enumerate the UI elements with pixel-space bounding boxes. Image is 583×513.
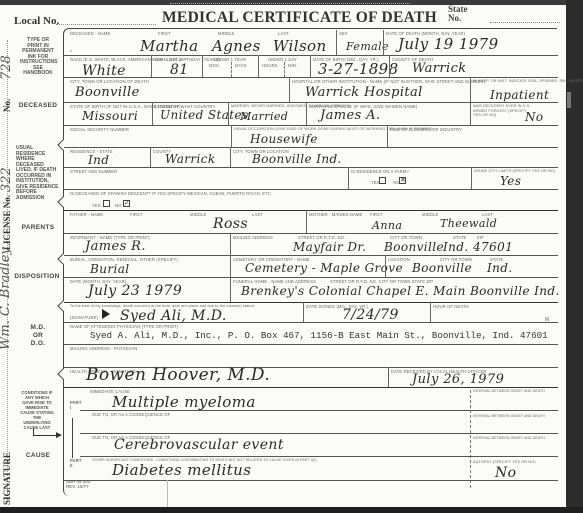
spanish-yes-label: YES: [92, 203, 101, 208]
citizen-value: United States: [160, 108, 249, 122]
hospital-label: HOSPITAL OR OTHER INSTITUTION - Name (If…: [292, 79, 485, 84]
no-value: 728: [0, 55, 14, 80]
row-line: [64, 167, 558, 168]
attending-physician-label: NAME OF ATTENDING PHYSICIAN (Type or Pri…: [70, 324, 178, 329]
license-value: 322: [0, 167, 14, 192]
divider: [230, 233, 231, 255]
mailing-label: MAILING ADDRESS: [233, 235, 273, 240]
location-label: LOCATION: [388, 257, 410, 262]
divider: [230, 147, 231, 167]
under-1-day-hours: HOURS: [262, 63, 278, 68]
occupation-value: Housewife: [250, 132, 318, 146]
attending-physician-value: Syed A. Ali, M.D., Inc., P. O. Box 467, …: [90, 330, 548, 341]
row-line: [64, 77, 558, 78]
row-line: [64, 189, 558, 190]
divider: [385, 255, 386, 277]
name-middle-label: MIDDLE: [218, 31, 234, 36]
farm-no-checkbox[interactable]: ✕: [399, 177, 406, 184]
city-limits-label: INSIDE CITY LIMITS (Specify Yes or No): [474, 169, 555, 173]
location-value: Boonville: [412, 261, 472, 275]
mailing-city-value: Boonville: [384, 240, 444, 254]
row-line: [64, 480, 558, 481]
name-last-label: LAST: [278, 31, 289, 36]
scroll-notch[interactable]: [567, 92, 571, 108]
license-label: LICENSE No.: [2, 195, 12, 250]
divider: [306, 102, 307, 125]
res-county-value: Warrick: [165, 152, 216, 166]
signature-arrow-icon: [102, 309, 110, 319]
cause-a-value: Multiple myeloma: [112, 393, 256, 411]
cemetery-value: Cemetery - Maple Grove: [245, 261, 403, 275]
divider: [306, 210, 307, 233]
type-instructions: TYPE OR PRINT IN PERMANENT INK FOR INSTR…: [20, 38, 56, 77]
form-code: SBH 06 003 REV. 10/77: [66, 479, 90, 489]
divider: [471, 167, 472, 189]
divider: [228, 102, 229, 125]
farm-yes-checkbox[interactable]: [379, 177, 386, 184]
divider: [303, 302, 304, 322]
under-1-day-min: MIN.: [288, 63, 297, 68]
divider: [389, 55, 390, 77]
spanish-no-label: NO: [115, 203, 121, 208]
street-label: STREET AND NUMBER: [70, 169, 117, 174]
armed-forces-label: WAS DECEDENT EVER IN U.S. ARMED FORCES? …: [473, 104, 533, 118]
part-1-label: PART I: [70, 400, 82, 410]
bracket: [72, 418, 73, 458]
autopsy-label: AUTOPSY (Specify Yes or No): [473, 460, 536, 464]
funeral-home-value: Brenkey's Colonial Chapel E. Main Boonvi…: [241, 284, 560, 298]
divider: [202, 55, 203, 77]
part-2-label: PART II: [70, 458, 82, 468]
disposition-value: Burial: [90, 262, 130, 276]
name-first-label: FIRST: [158, 31, 171, 36]
viewer-right-edge: [566, 0, 583, 513]
divider: [387, 125, 388, 147]
hour-of-death-label: HOUR OF DEATH: [433, 304, 469, 309]
county-of-death-value: Warrick: [412, 61, 467, 76]
spanish-label: IS DECEASED OF SPANISH DESCENT? IF YES S…: [70, 191, 272, 196]
name-label: DECEASED - NAME: [70, 31, 110, 36]
cause-section-label: CAUSE: [18, 452, 58, 459]
father-label: FATHER - NAME: [70, 212, 103, 217]
mother-last-value: Theewald: [440, 217, 497, 230]
under-1-year-mos: MOS.: [209, 63, 220, 68]
divider: [336, 30, 337, 55]
divider: [348, 167, 349, 189]
name-last-value: Wilson: [273, 37, 327, 55]
part-2-value: Diabetes mellitus: [112, 461, 251, 479]
industry-label: KIND OF BUSINESS OR INDUSTRY: [390, 127, 462, 132]
divider: [383, 30, 384, 55]
field-number: 1: [70, 48, 72, 53]
sex-label: SEX: [339, 31, 348, 36]
mailing-state-value: Ind.: [443, 240, 469, 254]
father-middle-label: MIDDLE: [190, 212, 206, 217]
autopsy-value: No: [495, 465, 516, 481]
age-value: 81: [170, 62, 189, 78]
spanish-yes-checkbox[interactable]: [103, 200, 110, 207]
document-title: MEDICAL CERTIFICATE OF DEATH: [162, 9, 437, 27]
divider: [289, 77, 290, 102]
row-line: [64, 387, 558, 388]
local-no-label: Local No.: [14, 15, 59, 27]
deceased-section-label: DECEASED: [16, 102, 60, 109]
ssn-label: SOCIAL SECURITY NUMBER: [70, 127, 129, 132]
row-line: [64, 255, 558, 256]
divider: [284, 62, 285, 77]
date-signed-value: 7/24/79: [342, 307, 399, 323]
city-of-death-label: CITY, TOWN OR LOCATION OF DEATH: [70, 79, 149, 84]
row-line: [80, 433, 558, 434]
interval-divider: [470, 390, 471, 488]
armed-forces-value: No: [525, 110, 544, 124]
row-line: [64, 102, 558, 103]
md-do-section-label: M.D. OR D.O.: [20, 324, 56, 348]
header-banner: [170, 0, 410, 4]
row-line: [64, 210, 558, 211]
fold-line: [167, 480, 168, 507]
divider: [388, 367, 389, 387]
divider: [152, 102, 153, 125]
father-name-value: Ross: [213, 216, 248, 232]
name-first-value: Martha: [140, 37, 199, 55]
row-line: [64, 322, 558, 323]
disposition-section-label: DISPOSITION: [14, 273, 60, 280]
cause-c-value: Cerebrovascular event: [114, 437, 284, 453]
mailing-zip-value: 47601: [473, 240, 513, 254]
row-line: [80, 410, 558, 411]
no-label: No.: [2, 99, 12, 112]
state-no-line: [490, 22, 560, 23]
row-line: [64, 55, 558, 56]
divider: [470, 77, 471, 102]
res-city-value: Boonville Ind.: [252, 152, 342, 166]
interval-label-c: Interval between onset and death: [473, 436, 545, 440]
under-1-day-label: UNDER 1 DAY: [268, 57, 297, 62]
signature-label: SIGNATURE: [2, 452, 12, 505]
res-state-value: Ind: [88, 153, 109, 167]
row-line: [64, 344, 558, 345]
row-line: [64, 277, 558, 278]
hospital-value: Warrick Hospital: [305, 85, 423, 100]
date-of-death-value: July 19 1979: [398, 35, 499, 53]
hosp-status-label: IF HOSP. OR INST. Indicate DOA, OP/Emer.…: [473, 79, 583, 83]
interval-label-a: Interval between onset and death: [473, 389, 545, 393]
interval-label-b: Interval between onset and death: [473, 414, 545, 418]
divider: [231, 125, 232, 147]
state-of-birth-value: Missouri: [82, 109, 138, 123]
margin-signature: Wm. C. Bradley: [0, 247, 13, 350]
divider: [430, 302, 431, 322]
under-1-year-days: DAYS: [235, 63, 247, 68]
mother-middle-label: MIDDLE: [422, 212, 438, 217]
hosp-status-value: Inpatient: [490, 88, 549, 102]
spouse-value: James A.: [320, 108, 381, 123]
father-last-label: LAST: [252, 212, 263, 217]
informant-value: James R.: [85, 239, 146, 254]
date-received-value: July 26, 1979: [412, 372, 504, 387]
health-officer-value: Bowen Hoover, M.D.: [86, 365, 270, 385]
mother-label: MOTHER - MAIDEN NAME: [309, 212, 362, 217]
state-no-label: State No.: [448, 5, 468, 23]
parents-section-label: PARENTS: [16, 224, 60, 231]
marital-value: Married: [240, 110, 288, 123]
physician-mailing-label: MAILING ADDRESS - PHYSICIAN: [70, 346, 137, 351]
mailing-street-value: Mayfair Dr.: [293, 240, 366, 254]
spanish-no-checkbox[interactable]: ✓: [123, 200, 130, 207]
divider: [470, 102, 471, 125]
due-to-label-a: DUE TO, OR AS A CONSEQUENCE OF: [92, 412, 170, 417]
divider: [230, 255, 231, 277]
divider: [231, 62, 232, 77]
city-limits-value: Yes: [500, 174, 521, 188]
divider: [151, 55, 152, 77]
farm-label: IS RESIDENCE ON A FARM?: [351, 169, 409, 174]
row-line: [64, 302, 558, 303]
divider: [150, 147, 151, 167]
disp-date-value: July 23 1979: [88, 283, 182, 299]
residence-note: USUAL RESIDENCE WHERE DECEASED LIVED. IF…: [16, 146, 60, 201]
location-state-value: Ind.: [487, 261, 513, 275]
city-of-death-value: Boonville: [75, 85, 140, 100]
row-line: [80, 456, 558, 457]
row-line: [64, 125, 558, 126]
divider: [310, 55, 311, 77]
local-no-line: [56, 24, 156, 25]
divider: [258, 55, 259, 77]
row-line: [64, 233, 558, 234]
mother-first-value: Anna: [372, 219, 402, 232]
row-line: [64, 147, 558, 148]
father-first-label: FIRST: [130, 212, 143, 217]
viewer-bottom-bar: [0, 507, 583, 513]
mother-first-label: FIRST: [370, 212, 383, 217]
divider: [230, 277, 231, 302]
dob-value: 3-27-1898: [318, 60, 399, 78]
conditions-note: CONDITIONS IF ANY WHICH GAVE RISE TO IMM…: [20, 390, 54, 430]
physician-signature-label: (Signature): [70, 315, 98, 320]
name-middle-value: Agnes: [212, 37, 261, 55]
